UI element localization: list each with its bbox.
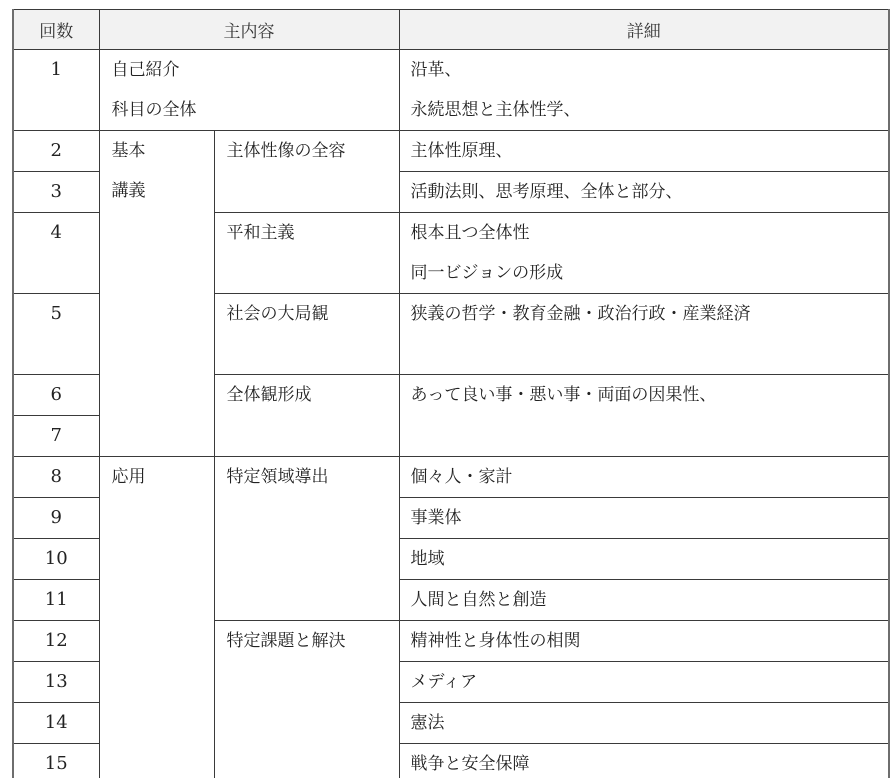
session-number: 8: [13, 457, 99, 498]
detail-cell: 沿革、 永続思想と主体性学、: [399, 50, 889, 131]
detail-cell: 主体性原理、: [399, 131, 889, 172]
header-main-content: 主内容: [99, 10, 399, 50]
table-row: 8 応用 特定領域導出 個々人・家計: [13, 457, 889, 498]
session-number: 13: [13, 662, 99, 703]
detail-cell: 人間と自然と創造: [399, 580, 889, 621]
topic-cell: 特定課題と解決: [214, 621, 399, 778]
topic-cell: 特定領域導出: [214, 457, 399, 621]
session-number: 3: [13, 172, 99, 213]
session-number: 1: [13, 50, 99, 131]
topic-line: 自己紹介: [100, 50, 399, 90]
topic-cell: 主体性像の全容: [214, 131, 399, 213]
session-number: 11: [13, 580, 99, 621]
table-row: 1 自己紹介 科目の全体 沿革、 永続思想と主体性学、: [13, 50, 889, 131]
detail-line: 同一ビジョンの形成: [400, 253, 889, 293]
detail-line: 根本且つ全体性: [400, 213, 889, 253]
session-number: 15: [13, 744, 99, 778]
category-cell: 応用: [99, 457, 214, 778]
session-number: 4: [13, 213, 99, 294]
detail-cell: 戦争と安全保障: [399, 744, 889, 778]
session-number: 7: [13, 416, 99, 457]
topic-line: 科目の全体: [100, 90, 399, 130]
topic-cell: 社会の大局観: [214, 294, 399, 375]
session-number: 12: [13, 621, 99, 662]
category-line: 基本: [100, 131, 214, 171]
topic-cell: 全体観形成: [214, 375, 399, 457]
table-row: 2 基本 講義 主体性像の全容 主体性原理、: [13, 131, 889, 172]
detail-cell: 個々人・家計: [399, 457, 889, 498]
main-content-cell: 自己紹介 科目の全体: [99, 50, 399, 131]
category-cell: 基本 講義: [99, 131, 214, 457]
session-number: 14: [13, 703, 99, 744]
session-number: 6: [13, 375, 99, 416]
detail-cell: 活動法則、思考原理、全体と部分、: [399, 172, 889, 213]
topic-cell: 平和主義: [214, 213, 399, 294]
detail-line: 沿革、: [400, 50, 889, 90]
session-number: 9: [13, 498, 99, 539]
session-number: 2: [13, 131, 99, 172]
detail-cell: あって良い事・悪い事・両面の因果性、: [399, 375, 889, 457]
detail-cell: 狭義の哲学・教育金融・政治行政・産業経済: [399, 294, 889, 375]
category-line: 講義: [100, 171, 214, 211]
session-number: 10: [13, 539, 99, 580]
detail-cell: メディア: [399, 662, 889, 703]
detail-cell: 地域: [399, 539, 889, 580]
detail-cell: 憲法: [399, 703, 889, 744]
header-row: 回数 主内容 詳細: [13, 10, 889, 50]
detail-cell: 根本且つ全体性 同一ビジョンの形成: [399, 213, 889, 294]
header-session: 回数: [13, 10, 99, 50]
detail-cell: 精神性と身体性の相関: [399, 621, 889, 662]
session-number: 5: [13, 294, 99, 375]
detail-line: 永続思想と主体性学、: [400, 90, 889, 130]
syllabus-table: 回数 主内容 詳細 1 自己紹介 科目の全体 沿革、 永続思想と主体性学、 2: [12, 9, 890, 778]
header-details: 詳細: [399, 10, 889, 50]
detail-cell: 事業体: [399, 498, 889, 539]
